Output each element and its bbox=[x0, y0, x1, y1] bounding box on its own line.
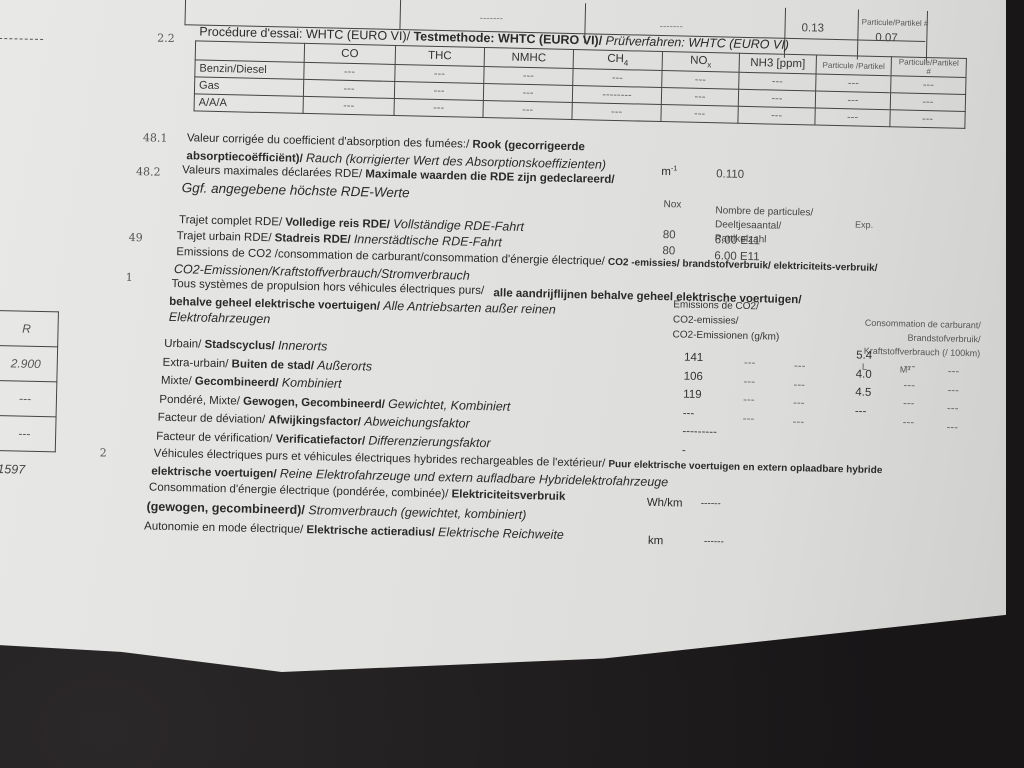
cell-f3: --- bbox=[946, 421, 958, 433]
unit-m-1: m-1 bbox=[661, 165, 677, 178]
col-header: Particule/Partikel # bbox=[891, 57, 966, 78]
whtc-emissions-table: CO THC NMHC CH4 NOx NH3 [ppm] Particule … bbox=[194, 40, 967, 128]
col-header: NOx bbox=[662, 52, 739, 73]
item-number-1: 1 bbox=[126, 271, 133, 284]
col-header: CH4 bbox=[573, 50, 662, 71]
cell-f2: --- bbox=[903, 398, 915, 410]
col-fuel-header: Consommation de carburant/ Brandstofverb… bbox=[830, 315, 981, 360]
cell-fuel: 4.5 bbox=[855, 387, 871, 399]
cell-c2: --- bbox=[744, 357, 756, 369]
cell-c3: --- bbox=[793, 397, 805, 409]
table-row: Pondéré, Mixte/ Gewogen, Gecombineerd/ G… bbox=[159, 391, 510, 413]
document-page: R 2.900 --- --- 1597 Particule/Partikel … bbox=[0, 0, 1006, 672]
table-row: Facteur de vérification/ Verificatiefact… bbox=[156, 428, 491, 450]
cell-f3: --- bbox=[948, 366, 960, 378]
cell-co2: --- bbox=[683, 407, 695, 419]
electric-consumption-value: ------ bbox=[701, 498, 721, 509]
cell-co2: --------- bbox=[682, 426, 717, 439]
left-table-cell: --- bbox=[0, 380, 57, 416]
left-margin-table: R 2.900 --- --- bbox=[0, 310, 59, 453]
cell-fuel: 4.0 bbox=[856, 368, 872, 380]
table-row: Facteur de déviation/ Afwijkingsfactor/ … bbox=[158, 410, 470, 431]
cell-c3: --- bbox=[793, 416, 805, 428]
cell-co2: - bbox=[682, 444, 686, 456]
item-number-49: 49 bbox=[128, 231, 142, 244]
cell-co2: 119 bbox=[683, 389, 702, 401]
cell-c2: --- bbox=[743, 394, 755, 406]
unit-wh-km: Wh/km bbox=[647, 497, 683, 510]
cell-f3: --- bbox=[947, 403, 959, 415]
col-header: NH3 [ppm] bbox=[739, 53, 816, 74]
top-table-header-particle-count: Particule/Partikel # bbox=[862, 18, 929, 29]
cell-f3: --- bbox=[947, 384, 959, 396]
cell-f2: --- bbox=[903, 379, 915, 391]
left-table-header: R bbox=[0, 310, 58, 346]
col-header: Particule /Partikel bbox=[816, 55, 891, 76]
section-number-2-2: 2.2 bbox=[157, 32, 175, 45]
cell-c2: --- bbox=[743, 375, 755, 387]
col-co2-header: Emissions de CO2/ CO2-emissies/ CO2-Emis… bbox=[672, 297, 780, 344]
cell-fuel: --- bbox=[855, 405, 867, 417]
item-number-2: 2 bbox=[100, 446, 107, 459]
table-row: Urbain/ Stadscyclus/ Innerorts bbox=[164, 336, 327, 354]
table-row: Mixte/ Gecombineerd/ Kombiniert bbox=[161, 373, 342, 391]
cell-co2: 141 bbox=[684, 352, 703, 364]
col-exp: Exp. bbox=[855, 219, 873, 229]
cell-c3: --- bbox=[793, 379, 805, 391]
cell-c2: --- bbox=[743, 412, 755, 424]
unit-km: km bbox=[648, 535, 664, 547]
cell-c3: --- bbox=[794, 360, 806, 372]
value-1597: 1597 bbox=[0, 462, 25, 477]
left-table-cell: 2.900 bbox=[0, 345, 58, 381]
dashed-line bbox=[0, 38, 43, 40]
col-header: THC bbox=[395, 45, 484, 66]
item-number-48-2: 48.2 bbox=[136, 165, 161, 179]
col-nox: Nox bbox=[663, 199, 681, 210]
left-table-cell: --- bbox=[0, 415, 56, 451]
col-header: CO bbox=[304, 43, 395, 64]
item-number-48-1: 48.1 bbox=[143, 131, 168, 145]
top-table-value-particle-mass: 0.13 bbox=[801, 22, 824, 35]
cell-fuel: 5.4 bbox=[856, 350, 872, 362]
electric-range-row: Autonomie en mode électrique/ Elektrisch… bbox=[144, 518, 564, 542]
table-row: Extra-urbain/ Buiten de stad/ Außerorts bbox=[162, 354, 372, 373]
electric-range-value: ------ bbox=[704, 536, 724, 547]
cell-f2: --- bbox=[903, 416, 915, 428]
cell-f2: --- bbox=[904, 361, 916, 373]
top-table-value-particle-count: 0.07 bbox=[875, 32, 898, 45]
cell-co2: 106 bbox=[684, 370, 703, 382]
col-header: NMHC bbox=[484, 48, 573, 69]
smoke-value: 0.110 bbox=[716, 168, 744, 181]
